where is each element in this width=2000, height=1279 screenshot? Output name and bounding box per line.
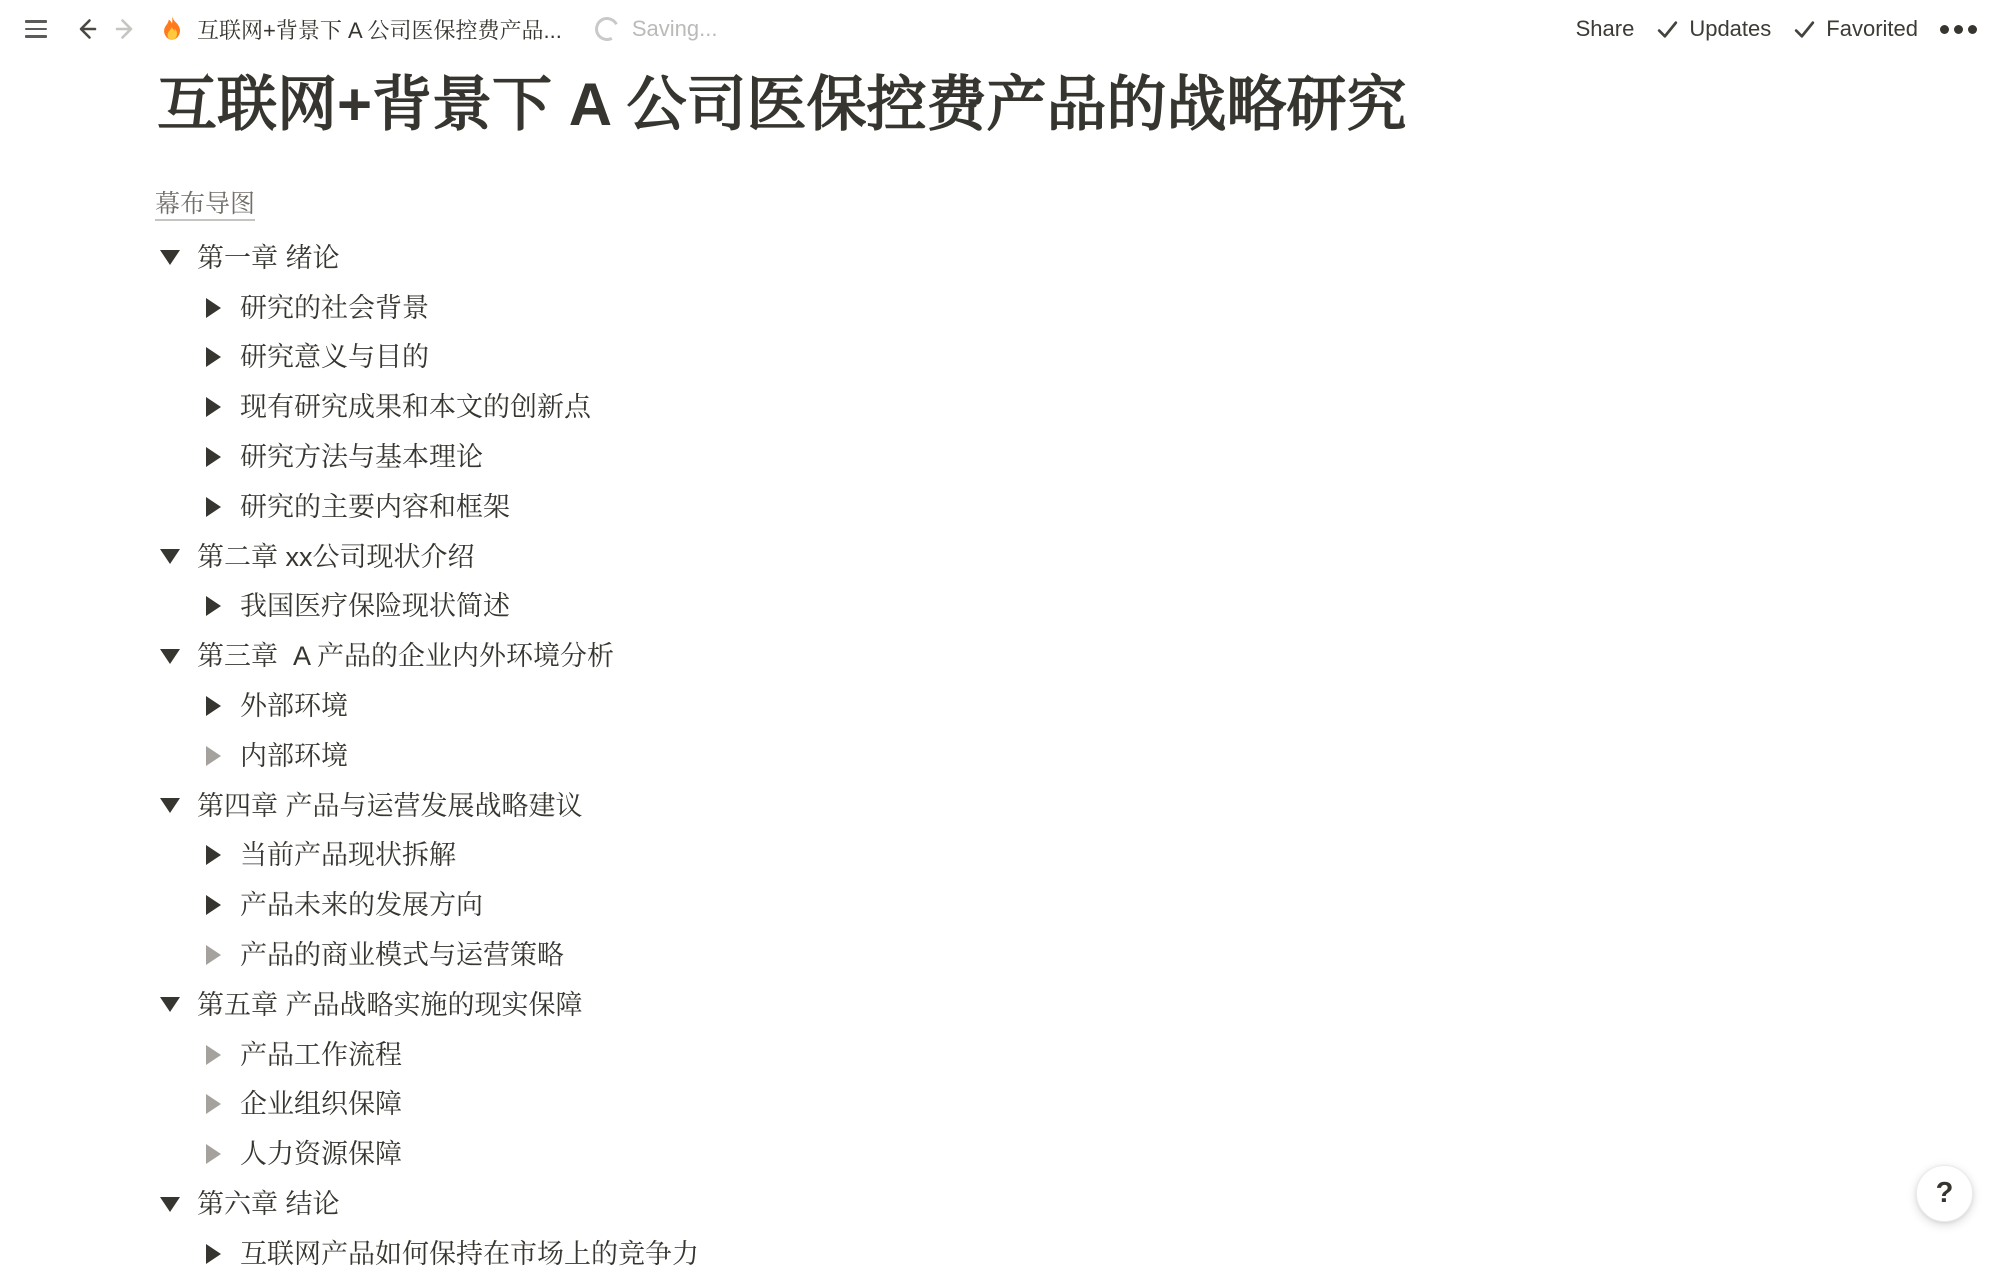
mubu-map-link[interactable]: 幕布导图 <box>155 189 255 221</box>
toggle-open-triangle-icon[interactable] <box>160 798 180 813</box>
toggle-item-label[interactable]: 内部环境 <box>240 737 348 775</box>
toggle-item: 产品的商业模式与运营策略 <box>206 930 1860 980</box>
saving-indicator: Saving... <box>595 16 718 42</box>
toggle-open-triangle-icon[interactable] <box>160 649 180 664</box>
toggle-closed-triangle-icon[interactable] <box>206 746 221 766</box>
menu-icon[interactable] <box>25 20 47 38</box>
toggle-item: 第五章 产品战略实施的现实保障 <box>160 980 1860 1030</box>
toggle-item-label[interactable]: 当前产品现状拆解 <box>240 836 456 874</box>
check-icon <box>1655 17 1680 42</box>
toggle-item: 研究意义与目的 <box>206 333 1860 383</box>
toggle-item-label[interactable]: 产品工作流程 <box>240 1036 402 1074</box>
page-title: 互联网+背景下 A 公司医保控费产品的战略研究 <box>157 72 1757 138</box>
saving-spinner-icon <box>592 14 622 44</box>
toggle-closed-triangle-icon[interactable] <box>206 945 221 965</box>
toggle-item-label[interactable]: 第二章 xx公司现状介绍 <box>197 538 475 576</box>
toggle-open-triangle-icon[interactable] <box>160 997 180 1012</box>
toggle-item: 互联网产品如何保持在市场上的竞争力 <box>206 1229 1860 1250</box>
toggle-item-label[interactable]: 人力资源保障 <box>240 1135 402 1173</box>
toggle-item-label[interactable]: 研究方法与基本理论 <box>240 438 483 476</box>
toggle-item-label[interactable]: 企业组织保障 <box>240 1085 402 1123</box>
toggle-item: 研究的主要内容和框架 <box>206 482 1860 532</box>
toggle-item-label[interactable]: 第四章 产品与运营发展战略建议 <box>197 787 583 825</box>
toggle-item: 产品工作流程 <box>206 1030 1860 1080</box>
toggle-closed-triangle-icon[interactable] <box>206 298 221 318</box>
toggle-item: 第三章 A 产品的企业内外环境分析 <box>160 631 1860 681</box>
toggle-open-triangle-icon[interactable] <box>160 549 180 564</box>
toggle-item: 第二章 xx公司现状介绍 <box>160 532 1860 582</box>
toggle-closed-triangle-icon[interactable] <box>206 1244 221 1250</box>
top-bar: 互联网+背景下 A 公司医保控费产品... Saving... Share Up… <box>0 0 2000 58</box>
toggle-open-triangle-icon[interactable] <box>160 1197 180 1212</box>
toggle-open-triangle-icon[interactable] <box>160 250 180 265</box>
toggle-closed-triangle-icon[interactable] <box>206 347 221 367</box>
toggle-closed-triangle-icon[interactable] <box>206 1144 221 1164</box>
toggle-closed-triangle-icon[interactable] <box>206 397 221 417</box>
toggle-closed-triangle-icon[interactable] <box>206 447 221 467</box>
toggle-item: 外部环境 <box>206 681 1860 731</box>
toggle-item-label[interactable]: 研究的主要内容和框架 <box>240 488 510 526</box>
toggle-item: 第一章 绪论 <box>160 233 1860 283</box>
help-question-mark: ? <box>1936 1177 1954 1210</box>
toggle-item: 研究方法与基本理论 <box>206 432 1860 482</box>
toggle-item-label[interactable]: 研究意义与目的 <box>240 338 429 376</box>
toggle-closed-triangle-icon[interactable] <box>206 1045 221 1065</box>
toggle-item-label[interactable]: 互联网产品如何保持在市场上的竞争力 <box>240 1235 699 1250</box>
breadcrumb[interactable]: 互联网+背景下 A 公司医保控费产品... <box>197 14 562 45</box>
toggle-item-label[interactable]: 第五章 产品战略实施的现实保障 <box>197 986 583 1024</box>
check-icon <box>1792 17 1817 42</box>
toggle-item-label[interactable]: 产品未来的发展方向 <box>240 886 483 924</box>
saving-status-text: Saving... <box>632 16 718 42</box>
toggle-item: 人力资源保障 <box>206 1129 1860 1179</box>
more-options-icon[interactable] <box>1940 16 1977 42</box>
toggle-item: 研究的社会背景 <box>206 283 1860 333</box>
toggle-item: 第六章 结论 <box>160 1179 1860 1229</box>
toggle-closed-triangle-icon[interactable] <box>206 1094 221 1114</box>
back-arrow-icon[interactable] <box>73 16 99 42</box>
help-button[interactable]: ? <box>1916 1165 1973 1222</box>
toggle-item: 产品未来的发展方向 <box>206 880 1860 930</box>
toggle-item: 内部环境 <box>206 731 1860 781</box>
toggle-item-label[interactable]: 第三章 A 产品的企业内外环境分析 <box>197 637 614 675</box>
toggle-item-label[interactable]: 我国医疗保险现状简述 <box>240 587 510 625</box>
toggle-item-label[interactable]: 研究的社会背景 <box>240 289 429 327</box>
toggle-item: 第四章 产品与运营发展战略建议 <box>160 781 1860 831</box>
toggle-outline: 第一章 绪论研究的社会背景研究意义与目的现有研究成果和本文的创新点研究方法与基本… <box>160 233 1860 1250</box>
toggle-item: 当前产品现状拆解 <box>206 831 1860 881</box>
toggle-closed-triangle-icon[interactable] <box>206 696 221 716</box>
toggle-closed-triangle-icon[interactable] <box>206 596 221 616</box>
toggle-closed-triangle-icon[interactable] <box>206 895 221 915</box>
share-button[interactable]: Share <box>1576 16 1635 42</box>
toggle-item-label[interactable]: 第一章 绪论 <box>197 239 340 277</box>
toggle-item: 现有研究成果和本文的创新点 <box>206 382 1860 432</box>
toggle-item-label[interactable]: 现有研究成果和本文的创新点 <box>240 388 591 426</box>
toggle-closed-triangle-icon[interactable] <box>206 845 221 865</box>
toggle-item: 我国医疗保险现状简述 <box>206 582 1860 632</box>
toggle-item: 企业组织保障 <box>206 1080 1860 1130</box>
fire-emoji-icon <box>158 15 186 43</box>
toggle-item-label[interactable]: 产品的商业模式与运营策略 <box>240 936 564 974</box>
forward-arrow-icon[interactable] <box>113 16 139 42</box>
updates-button[interactable]: Updates <box>1655 16 1771 42</box>
toggle-item-label[interactable]: 第六章 结论 <box>197 1185 340 1223</box>
toggle-closed-triangle-icon[interactable] <box>206 497 221 517</box>
favorited-button[interactable]: Favorited <box>1792 16 1918 42</box>
toggle-item-label[interactable]: 外部环境 <box>240 687 348 725</box>
